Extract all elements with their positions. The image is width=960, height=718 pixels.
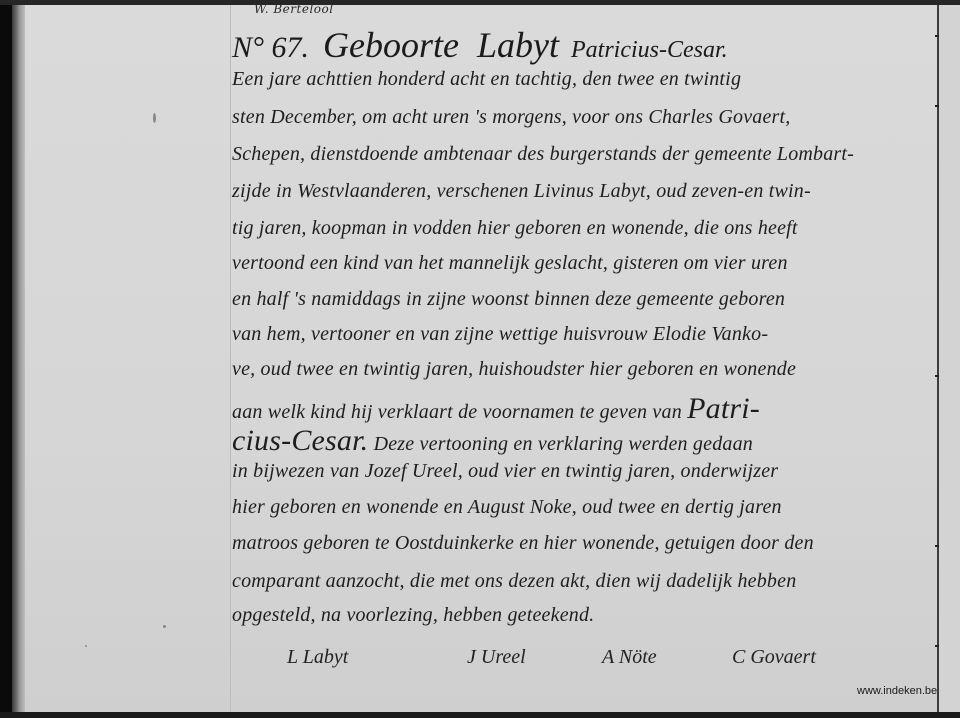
bottom-border <box>0 712 960 718</box>
signature-father: L Labyt <box>287 646 348 669</box>
ink-speck <box>163 625 166 628</box>
text-segment: aan welk kind hij verklaart de voornamen… <box>232 401 682 423</box>
record-number: N° 67. <box>232 31 309 64</box>
text-line: matroos geboren te Oostduinkerke en hier… <box>232 532 814 555</box>
text-line: ve, oud twee en twintig jaren, huishouds… <box>232 358 796 381</box>
margin-line <box>230 5 231 712</box>
page-edge <box>12 5 25 712</box>
ink-speck <box>85 645 87 647</box>
margin-annotation: W. Bertelool <box>254 2 334 16</box>
text-line: van hem, vertooner en van zijne wettige … <box>232 323 768 346</box>
signature-official: C Govaert <box>732 646 816 669</box>
book-spine <box>0 5 12 718</box>
text-line: comparant aanzocht, die met ons dezen ak… <box>232 570 796 593</box>
text-line: Schepen, dienstdoende ambtenaar des burg… <box>232 143 854 166</box>
record-text: W. Bertelool N° 67. Geboorte Labyt Patri… <box>232 0 932 707</box>
text-line: in bijwezen van Jozef Ureel, oud vier en… <box>232 460 778 483</box>
signature-witness-2: A Nöte <box>602 646 657 669</box>
source-watermark: www.indeken.be <box>857 685 937 697</box>
record-given-names: Patricius-Cesar. <box>571 37 728 63</box>
text-line: sten December, om acht uren 's morgens, … <box>232 106 791 129</box>
text-line: vertoond een kind van het mannelijk gesl… <box>232 252 788 275</box>
signature-row: L Labyt J Ureel A Nöte C Govaert <box>232 640 932 690</box>
child-name-emphasis: Patri- <box>687 392 760 425</box>
text-line: zijde in Westvlaanderen, verschenen Livi… <box>232 180 811 203</box>
ink-speck <box>153 113 156 123</box>
text-line: cius-Cesar. Deze vertooning en verklarin… <box>232 424 753 458</box>
record-type: Geboorte <box>323 25 459 65</box>
record-heading: N° 67. Geboorte Labyt Patricius-Cesar. <box>232 24 728 66</box>
signature-witness-1: J Ureel <box>467 646 526 669</box>
record-surname: Labyt <box>477 25 559 65</box>
text-line: Een jare achttien honderd acht en tachti… <box>232 68 741 91</box>
text-line: hier geboren en wonende en August Noke, … <box>232 496 782 519</box>
text-line: tig jaren, koopman in vodden hier gebore… <box>232 217 798 240</box>
text-segment: Deze vertooning en verklaring werden ged… <box>374 433 753 455</box>
facing-page-edge <box>939 5 960 712</box>
text-line: aan welk kind hij verklaart de voornamen… <box>232 392 760 426</box>
document-viewer: W. Bertelool N° 67. Geboorte Labyt Patri… <box>0 0 960 718</box>
child-name-emphasis-cont: cius-Cesar. <box>232 424 368 457</box>
text-line: opgesteld, na voorlezing, hebben geteeke… <box>232 604 594 627</box>
text-line: en half 's namiddags in zijne woonst bin… <box>232 288 785 311</box>
